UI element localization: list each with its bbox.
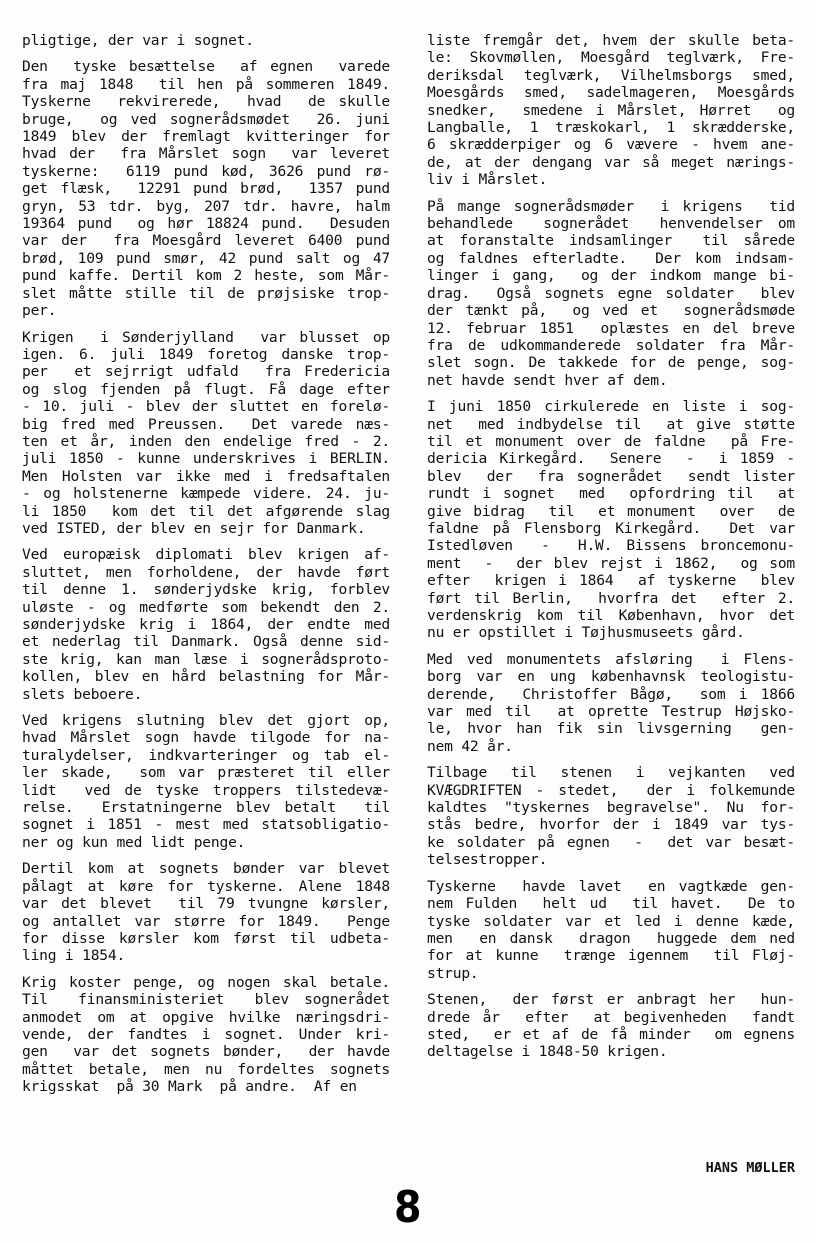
text-line: de, at der dengang var så meget nærings- (427, 154, 795, 171)
paragraph: Dertil kom at sognets bønder var blevetp… (22, 860, 390, 964)
text-line: at foranstalte indsamlinger til sårede (427, 232, 795, 249)
text-line: - 10. juli - blev der sluttet en forelø- (22, 398, 390, 415)
text-line: kaldtes "tyskernes begravelse". Nu for- (427, 799, 795, 816)
text-line: gen var det sognets bønder, der havde (22, 1043, 390, 1060)
text-line: for disse kørsler kom først til udbeta- (22, 930, 390, 947)
text-line: KVÆGDRIFTEN - stedet, der i folkemunde (427, 782, 795, 799)
text-line: net havde sendt hver af dem. (427, 372, 795, 389)
text-line: deriksdal teglværk, Vilhelmsborgs smed, (427, 67, 795, 84)
text-line: per. (22, 302, 390, 319)
text-line: stås bedre, hvorfor der i 1849 var tys- (427, 816, 795, 833)
text-line: telsestropper. (427, 851, 795, 868)
text-line: var der fra Moesgård leveret 6400 pund (22, 232, 390, 249)
text-line: Istedløven - H.W. Bissens broncemonu- (427, 537, 795, 554)
text-line: ler skade, som var præsteret til eller (22, 764, 390, 781)
text-line: turalydelser, indkvarteringer og tab el- (22, 747, 390, 764)
text-line: til denne 1. sønderjydske krig, forblev (22, 581, 390, 598)
page-number: 8 (394, 1186, 430, 1230)
text-line: men en dansk dragon huggede dem ned (427, 930, 795, 947)
text-line: give bidrag til et monument over de (427, 503, 795, 520)
paragraph: Tilbage til stenen i vejkanten vedKVÆGDR… (427, 764, 795, 868)
text-line: til et monument over de faldne på Fre- (427, 433, 795, 450)
text-line: Krig koster penge, og nogen skal betale. (22, 974, 390, 991)
text-line: liste fremgår det, hvem der skulle beta- (427, 32, 795, 49)
text-line: le: Skovmøllen, Moesgård teglværk, Fre- (427, 49, 795, 66)
text-line: Den tyske besættelse af egnen varede (22, 58, 390, 75)
text-line: Tyskerne rekvirerede, hvad de skulle (22, 93, 390, 110)
text-line: nem Fulden helt ud til havet. De to (427, 895, 795, 912)
text-line: Til finansministeriet blev sognerådet (22, 991, 390, 1008)
text-line: var det blevet til 79 tvungne kørsler, (22, 895, 390, 912)
text-line: strup. (427, 965, 795, 982)
text-line: ling i 1854. (22, 947, 390, 964)
paragraph: Krigen i Sønderjylland var blusset opige… (22, 329, 390, 538)
paragraph: I juni 1850 cirkulerede en liste i sog-n… (427, 398, 795, 642)
text-line: Stenen, der først er anbragt her hun- (427, 991, 795, 1008)
text-line: relse. Erstatningerne blev betalt til (22, 799, 390, 816)
text-line: gryn, 53 tdr. byg, 207 tdr. havre, halm (22, 198, 390, 215)
text-line: fra maj 1848 til hen på sommeren 1849. (22, 76, 390, 93)
text-line: efter krigen i 1864 af tyskerne blev (427, 572, 795, 589)
text-line: 6 skrædderpiger og 6 vævere - hvem ane- (427, 136, 795, 153)
paragraph: På mange sognerådsmøder i krigens tidbeh… (427, 198, 795, 389)
text-line: Ved europæisk diplomati blev krigen af- (22, 546, 390, 563)
text-line: Langballe, 1 træskokarl, 1 skrædderske, (427, 119, 795, 136)
text-line: Krigen i Sønderjylland var blusset op (22, 329, 390, 346)
text-line: pligtige, der var i sognet. (22, 32, 390, 49)
text-line: dericia Kirkegård. Senere - i 1859 - (427, 450, 795, 467)
text-line: Moesgårds smed, sadelmageren, Moesgårds (427, 84, 795, 101)
text-line: I juni 1850 cirkulerede en liste i sog- (427, 398, 795, 415)
text-line: nem 42 år. (427, 738, 795, 755)
paragraph: Krig koster penge, og nogen skal betale.… (22, 974, 390, 1096)
text-line: der tænkt på, og ved et sognerådsmøde (427, 302, 795, 319)
text-line: blev der fra sognerådet sendt lister (427, 468, 795, 485)
paragraph: Den tyske besættelse af egnen varedefra … (22, 58, 390, 319)
text-line: sønderjydske krig i 1864, der endte med (22, 616, 390, 633)
paragraph: pligtige, der var i sognet. (22, 32, 390, 49)
text-line: juli 1850 - kunne underskrives i BERLIN. (22, 450, 390, 467)
text-line: sluttet, men forholdene, der havde ført (22, 564, 390, 581)
text-line: fra de udkommanderede soldater fra Mår- (427, 337, 795, 354)
text-line: big fred med Preussen. Det varede næs- (22, 416, 390, 433)
text-line: 1849 blev der fremlagt kvitteringer for (22, 128, 390, 145)
text-line: linger i gang, og der indkom mange bi- (427, 267, 795, 284)
text-line: slets beboere. (22, 686, 390, 703)
paragraph: liste fremgår det, hvem der skulle beta-… (427, 32, 795, 189)
text-line: ført til Berlin, hvorfra det efter 2. (427, 590, 795, 607)
text-line: verdenskrig kom til København, hvor det (427, 607, 795, 624)
text-line: le, hvor han fik sin livsgerning gen- (427, 720, 795, 737)
text-line: pund kaffe. Dertil kom 2 heste, som Mår- (22, 267, 390, 284)
paragraph: Ved krigens slutning blev det gjort op,h… (22, 712, 390, 851)
paragraph: Tyskerne havde lavet en vagtkæde gen-nem… (427, 878, 795, 982)
text-line: sognet i 1851 - mest med statsobligatio- (22, 816, 390, 833)
paragraph: Ved europæisk diplomati blev krigen af-s… (22, 546, 390, 703)
text-line: borg var en ung københavnsk teologistu- (427, 668, 795, 685)
right-column: liste fremgår det, hvem der skulle beta-… (427, 32, 795, 1070)
text-line: rundt i sognet med opfordring til at (427, 485, 795, 502)
text-line: anmodet om at opgive hvilke næringsdri- (22, 1009, 390, 1026)
text-line: krigsskat på 30 Mark på andre. Af en (22, 1078, 390, 1095)
text-line: 12. februar 1851 oplæstes en del breve (427, 320, 795, 337)
paragraph: Stenen, der først er anbragt her hun-dre… (427, 991, 795, 1061)
text-line: ste krig, kan man læse i sognerådsproto- (22, 651, 390, 668)
text-line: Dertil kom at sognets bønder var blevet (22, 860, 390, 877)
text-line: Tilbage til stenen i vejkanten ved (427, 764, 795, 781)
text-line: derende, Christoffer Bågø, som i 1866 (427, 686, 795, 703)
document-page: pligtige, der var i sognet.Den tyske bes… (0, 0, 816, 1243)
author-signature: HANS MØLLER (427, 1160, 795, 1176)
text-line: brød, 109 pund smør, 42 pund salt og 47 (22, 250, 390, 267)
text-line: uløste - og medførte som bekendt den 2. (22, 599, 390, 616)
text-line: snedker, smedene i Mårslet, Hørret og (427, 102, 795, 119)
text-line: et nederlag til Danmark. Også denne sid- (22, 633, 390, 650)
left-column: pligtige, der var i sognet.Den tyske bes… (22, 32, 390, 1105)
text-line: net med indbydelse til at give støtte (427, 416, 795, 433)
text-line: På mange sognerådsmøder i krigens tid (427, 198, 795, 215)
text-line: nu er opstillet i Tøjhusmuseets gård. (427, 624, 795, 641)
text-line: hvad Mårslet sogn havde tilgode for na- (22, 729, 390, 746)
text-line: slet måtte stille til de prøjsiske trop- (22, 285, 390, 302)
paragraph: Med ved monumentets afsløring i Flens-bo… (427, 651, 795, 755)
text-line: Med ved monumentets afsløring i Flens- (427, 651, 795, 668)
text-line: - og holstenerne kæmpede videre. 24. ju- (22, 485, 390, 502)
text-line: var med til at oprette Testrup Højsko- (427, 703, 795, 720)
text-line: bruge, og ved sognerådsmødet 26. juni (22, 111, 390, 128)
text-line: og antallet var større for 1849. Penge (22, 913, 390, 930)
text-line: slet sogn. De takkede for de penge, sog- (427, 354, 795, 371)
text-line: tyskerne: 6119 pund kød, 3626 pund rø- (22, 163, 390, 180)
text-line: tyske soldater var et led i denne kæde, (427, 913, 795, 930)
text-line: og slog fjenden på flugt. Få dage efter (22, 381, 390, 398)
text-line: for at kunne trænge igennem til Fløj- (427, 947, 795, 964)
text-line: deltagelse i 1848-50 krigen. (427, 1043, 795, 1060)
text-line: vende, der fandtes i sognet. Under kri- (22, 1026, 390, 1043)
text-line: hvad der fra Mårslet sogn var leveret (22, 145, 390, 162)
text-line: Tyskerne havde lavet en vagtkæde gen- (427, 878, 795, 895)
text-line: 19364 pund og hør 18824 pund. Desuden (22, 215, 390, 232)
text-line: behandlede sognerådet henvendelser om (427, 215, 795, 232)
text-line: drag. Også sognets egne soldater blev (427, 285, 795, 302)
text-line: ke soldater på egnen - det var besæt- (427, 834, 795, 851)
text-line: pålagt at køre for tyskerne. Alene 1848 (22, 878, 390, 895)
text-line: get flæsk, 12291 pund brød, 1357 pund (22, 180, 390, 197)
text-line: faldne på Flensborg Kirkegård. Det var (427, 520, 795, 537)
text-line: igen. 6. juli 1849 foretog danske trop- (22, 346, 390, 363)
text-line: og faldnes efterladte. Der kom indsam- (427, 250, 795, 267)
text-line: drede år efter at begivenheden fandt (427, 1009, 795, 1026)
text-line: sted, er et af de få minder om egnens (427, 1026, 795, 1043)
text-line: ved ISTED, der blev en sejr for Danmark. (22, 520, 390, 537)
text-line: Men Holsten var ikke med i fredsaftalen (22, 468, 390, 485)
text-line: Ved krigens slutning blev det gjort op, (22, 712, 390, 729)
text-line: per et sejrrigt udfald fra Fredericia (22, 363, 390, 380)
text-line: ment - der blev rejst i 1862, og som (427, 555, 795, 572)
text-line: li 1850 kom det til det afgørende slag (22, 503, 390, 520)
text-line: måttet betale, men nu fordeltes sognets (22, 1061, 390, 1078)
text-line: lidt ved de tyske troppers tilstedevæ- (22, 782, 390, 799)
text-line: liv i Mårslet. (427, 171, 795, 188)
text-line: ner og kun med lidt penge. (22, 834, 390, 851)
text-line: kollen, blev en hård belastning for Mår- (22, 668, 390, 685)
text-line: ten et år, inden den endelige fred - 2. (22, 433, 390, 450)
